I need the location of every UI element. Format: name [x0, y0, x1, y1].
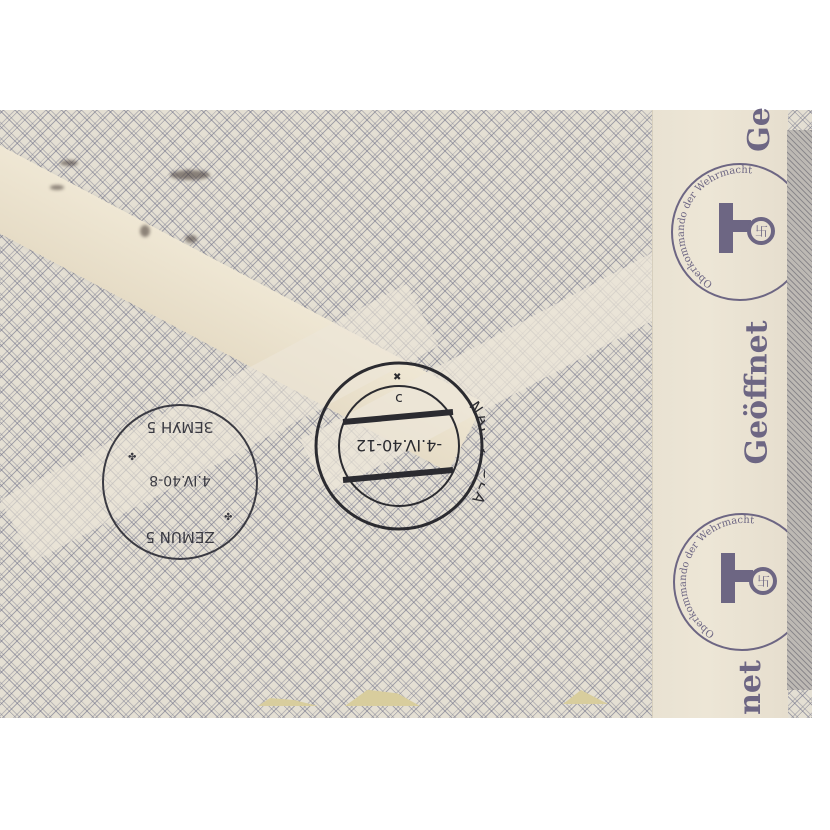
envelope-photo: -4.IV.40-12 NAPAJEDLA c ✖ 4.IV.	[0, 110, 830, 720]
envelope-right-edge	[787, 130, 812, 690]
postmark-napajedla: -4.IV.40-12 NAPAJEDLA c ✖	[313, 360, 485, 532]
svg-text:-4.IV.40-12: -4.IV.40-12	[356, 436, 442, 455]
svg-text:ЗЕМУН 5: ЗЕМУН 5	[147, 418, 214, 436]
stain	[185, 235, 197, 243]
censor-tape: Ge Geöffnet net Oberkommando der Wehrmac…	[652, 110, 788, 718]
svg-text:✤: ✤	[128, 452, 136, 463]
svg-text:✖: ✖	[393, 372, 401, 383]
stain	[170, 170, 210, 180]
stain	[60, 160, 78, 166]
svg-text:4.IV.40-8: 4.IV.40-8	[149, 472, 210, 488]
censor-tape-text-top: Ge	[742, 107, 777, 152]
censor-tape-text-bottom: net	[733, 660, 768, 715]
stain	[50, 185, 64, 190]
svg-text:卐: 卐	[757, 575, 770, 590]
svg-text:卐: 卐	[755, 225, 768, 240]
svg-text:✤: ✤	[224, 512, 232, 523]
svg-text:c: c	[395, 390, 403, 406]
torn-paper	[345, 688, 420, 706]
torn-paper	[563, 690, 608, 704]
postmark-zemun: 4.IV.40-8 ZEMUN 5 ЗЕМУН 5 ✤ ✤	[100, 402, 260, 562]
svg-text:ZEMUN 5: ZEMUN 5	[145, 528, 214, 546]
envelope-back: -4.IV.40-12 NAPAJEDLA c ✖ 4.IV.	[0, 110, 812, 718]
censor-tape-text: Geöffnet	[740, 320, 775, 464]
stain	[140, 225, 150, 237]
torn-paper	[258, 696, 318, 706]
